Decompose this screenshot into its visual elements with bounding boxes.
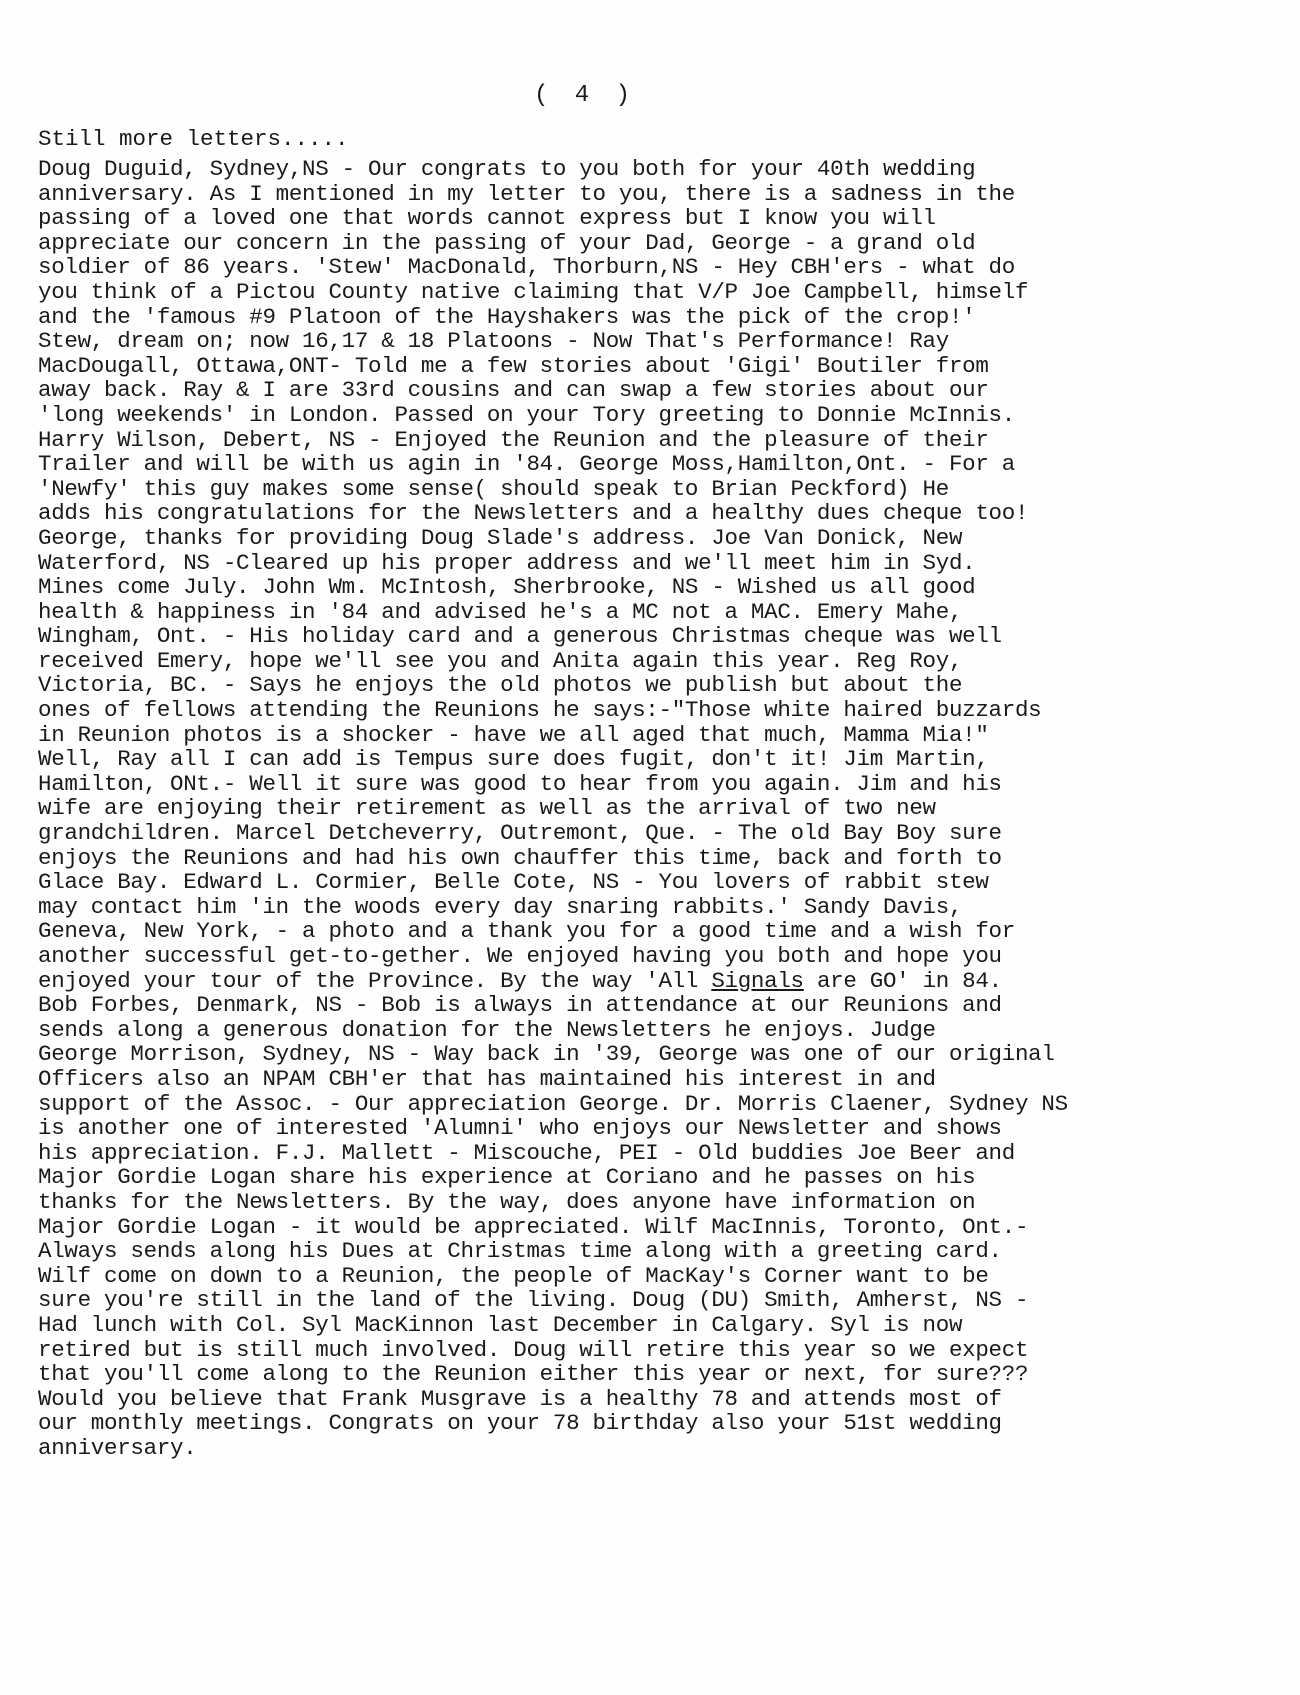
text-line: sends along a generous donation for the … [38,1018,1068,1043]
text-line: thanks for the Newsletters. By the way, … [38,1190,1068,1215]
text-line: passing of a loved one that words cannot… [38,206,1068,231]
text-line: his appreciation. F.J. Mallett - Miscouc… [38,1141,1068,1166]
text-line: sure you're still in the land of the liv… [38,1288,1068,1313]
text-line: 'Newfy' this guy makes some sense( shoul… [38,477,1068,502]
text-line: Victoria, BC. - Says he enjoys the old p… [38,673,1068,698]
text-line: you think of a Pictou County native clai… [38,280,1068,305]
text-line: ones of fellows attending the Reunions h… [38,698,1068,723]
text-line: support of the Assoc. - Our appreciation… [38,1092,1068,1117]
text-line: enjoys the Reunions and had his own chau… [38,846,1068,871]
text-line: appreciate our concern in the passing of… [38,231,1068,256]
text-line: Glace Bay. Edward L. Cormier, Belle Cote… [38,870,1068,895]
text-line: Hamilton, ONt.- Well it sure was good to… [38,772,1068,797]
text-line: away back. Ray & I are 33rd cousins and … [38,378,1068,403]
text-line: Wilf come on down to a Reunion, the peop… [38,1264,1068,1289]
letters-body: Doug Duguid, Sydney,NS - Our congrats to… [38,157,1068,1460]
text-line: Well, Ray all I can add is Tempus sure d… [38,747,1068,772]
text-line: is another one of interested 'Alumni' wh… [38,1116,1068,1141]
underlined-word: Signals [711,968,803,994]
text-line: wife are enjoying their retirement as we… [38,796,1068,821]
text-line: MacDougall, Ottawa,ONT- Told me a few st… [38,354,1068,379]
text-line: that you'll come along to the Reunion ei… [38,1362,1068,1387]
text-line: 'long weekends' in London. Passed on you… [38,403,1068,428]
text-line: enjoyed your tour of the Province. By th… [38,969,1068,994]
text-line: adds his congratulations for the Newslet… [38,501,1068,526]
text-line: Geneva, New York, - a photo and a thank … [38,919,1068,944]
text-line: anniversary. As I mentioned in my letter… [38,182,1068,207]
text-line: anniversary. [38,1436,1068,1461]
section-heading: Still more letters..... [38,126,349,152]
text-line: Would you believe that Frank Musgrave is… [38,1387,1068,1412]
text-line: George Morrison, Sydney, NS - Way back i… [38,1042,1068,1067]
text-line: Stew, dream on; now 16,17 & 18 Platoons … [38,329,1068,354]
text-line: and the 'famous #9 Platoon of the Haysha… [38,305,1068,330]
text-line: Wingham, Ont. - His holiday card and a g… [38,624,1068,649]
text-line: grandchildren. Marcel Detcheverry, Outre… [38,821,1068,846]
text-line: Bob Forbes, Denmark, NS - Bob is always … [38,993,1068,1018]
text-line: another successful get-to-gether. We enj… [38,944,1068,969]
text-line: George, thanks for providing Doug Slade'… [38,526,1068,551]
text-line: retired but is still much involved. Doug… [38,1338,1068,1363]
text-line: our monthly meetings. Congrats on your 7… [38,1411,1068,1436]
text-line: may contact him 'in the woods every day … [38,895,1068,920]
text-line: Officers also an NPAM CBH'er that has ma… [38,1067,1068,1092]
text-line: Had lunch with Col. Syl MacKinnon last D… [38,1313,1068,1338]
text-line: in Reunion photos is a shocker - have we… [38,723,1068,748]
text-line: received Emery, hope we'll see you and A… [38,649,1068,674]
text-line: Doug Duguid, Sydney,NS - Our congrats to… [38,157,1068,182]
text-line: Major Gordie Logan share his experience … [38,1165,1068,1190]
text-line: Waterford, NS -Cleared up his proper add… [38,551,1068,576]
text-line: health & happiness in '84 and advised he… [38,600,1068,625]
text-line: Harry Wilson, Debert, NS - Enjoyed the R… [38,428,1068,453]
text-line: Always sends along his Dues at Christmas… [38,1239,1068,1264]
text-line: Major Gordie Logan - it would be appreci… [38,1215,1068,1240]
newsletter-page: ( 4 ) Still more letters..... Doug Dugui… [0,0,1300,1695]
text-line: Mines come July. John Wm. McIntosh, Sher… [38,575,1068,600]
page-number: ( 4 ) [0,82,1170,109]
text-line: Trailer and will be with us agin in '84.… [38,452,1068,477]
text-line: soldier of 86 years. 'Stew' MacDonald, T… [38,255,1068,280]
